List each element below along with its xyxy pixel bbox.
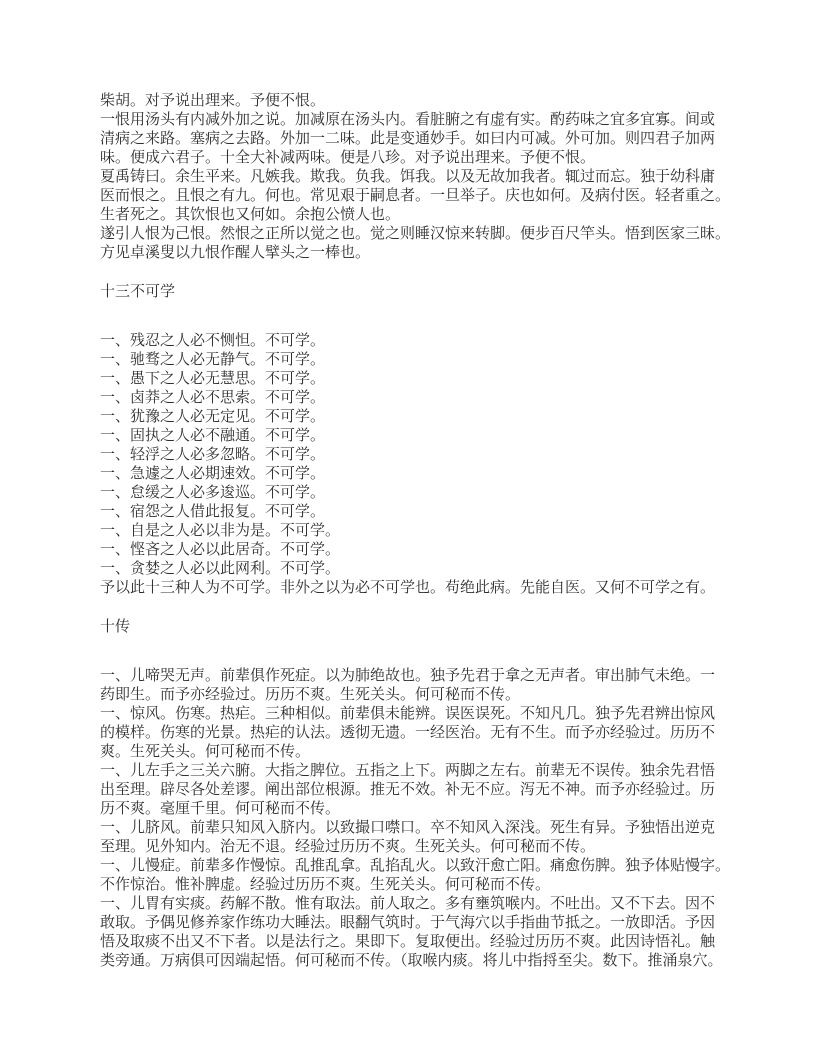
text-line: 一恨用汤头有内减外加之说。加减原在汤头内。看脏腑之有虚有实。酌药味之宜多宜寡。间… [100, 111, 726, 130]
text-line: 一、儿脐风。前辈只知风入脐内。以致撮口噤口。卒不知风入深浅。死生有异。予独悟出逆… [100, 819, 726, 838]
text-line: 出至理。辟尽各处差谬。阐出部位根源。推无不效。补无不应。泻无不神。而予亦经验过。… [100, 781, 726, 800]
document-body: 柴胡。对予说出理来。予便不恨。一恨用汤头有内减外加之说。加减原在汤头内。看脏腑之… [100, 92, 726, 971]
paragraph: 一恨用汤头有内减外加之说。加减原在汤头内。看脏腑之有虚有实。酌药味之宜多宜寡。间… [100, 111, 726, 168]
text-line: 不作惊治。惟补脾虚。经验过历历不爽。生死关头。何可秘而不传。 [100, 876, 726, 895]
list-item: 一、残忍之人必不恻怛。不可学。 [100, 332, 726, 351]
text-line: 的模样。伤寒的光景。热疟的认法。透彻无遗。一经医治。无有不生。而予亦经验过。历历… [100, 724, 726, 743]
text-line: 爽。生死关头。何可秘而不传。 [100, 743, 726, 762]
paragraph: 一、惊风。伤寒。热疟。三种相似。前辈俱未能辨。误医误死。不知凡几。独予先君辨出惊… [100, 705, 726, 762]
paragraph: 一、儿胃有实痰。药解不散。惟有取法。前人取之。多有壅筑喉内。不吐出。又不下去。因… [100, 895, 726, 971]
paragraph: 一、儿左手之三关六腑。大指之脾位。五指之上下。两脚之左右。前辈无不误传。独余先君… [100, 762, 726, 819]
list-item: 一、自是之人必以非为是。不可学。 [100, 522, 726, 541]
text-line: 生者死之。其饮恨也又何如。余抱公愤人也。 [100, 206, 726, 225]
list-item: 一、犹豫之人必无定见。不可学。 [100, 408, 726, 427]
list-item: 一、宿怨之人借此报复。不可学。 [100, 503, 726, 522]
text-line: 一、儿啼哭无声。前辈俱作死症。以为肺绝故也。独予先君于拿之无声者。审出肺气未绝。… [100, 667, 726, 686]
list-item: 一、愚下之人必无慧思。不可学。 [100, 370, 726, 389]
list-item: 一、固执之人必不融通。不可学。 [100, 427, 726, 446]
list-item: 一、怠缓之人必多逡巡。不可学。 [100, 484, 726, 503]
section-heading: 十三不可学 [100, 283, 726, 302]
text-line: 医而恨之。且恨之有九。何也。常见艰于嗣息者。一旦举子。庆也如何。及病付医。轻者重… [100, 187, 726, 206]
list-item: 一、驰骛之人必无静气。不可学。 [100, 351, 726, 370]
list-item: 一、悭吝之人必以此居奇。不可学。 [100, 541, 726, 560]
text-line: 一、惊风。伤寒。热疟。三种相似。前辈俱未能辨。误医误死。不知凡几。独予先君辨出惊… [100, 705, 726, 724]
text-line: 类旁通。万病俱可因端起悟。何可秘而不传。（取喉内痰。将儿中指捋至尖。数下。推涌泉… [100, 952, 726, 971]
paragraph: 予以此十三种人为不可学。非外之以为必不可学也。苟绝此病。先能自医。又何不可学之有… [100, 579, 726, 598]
paragraph: 一、儿啼哭无声。前辈俱作死症。以为肺绝故也。独予先君于拿之无声者。审出肺气未绝。… [100, 667, 726, 705]
text-line: 方见卓溪叟以九恨作醒人擘头之一棒也。 [100, 244, 726, 263]
text-line: 予以此十三种人为不可学。非外之以为必不可学也。苟绝此病。先能自医。又何不可学之有… [100, 579, 726, 598]
text-line: 历不爽。毫厘千里。何可秘而不传。 [100, 800, 726, 819]
text-line: 遂引人恨为己恨。然恨之正所以觉之也。觉之则睡汉惊来转脚。便步百尺竿头。悟到医家三… [100, 225, 726, 244]
text-line: 药即生。而予亦经验过。历历不爽。生死关头。何可秘而不传。 [100, 686, 726, 705]
list-item: 一、卤莽之人必不思索。不可学。 [100, 389, 726, 408]
text-line: 至理。见外知内。治无不退。经验过历历不爽。生死关头。何可秘而不传。 [100, 838, 726, 857]
paragraph: 遂引人恨为己恨。然恨之正所以觉之也。觉之则睡汉惊来转脚。便步百尺竿头。悟到医家三… [100, 225, 726, 263]
paragraph: 夏禹铸曰。余生平来。凡嫉我。欺我。负我。饵我。以及无故加我者。辄过而忘。独于幼科… [100, 168, 726, 225]
list-block: 一、残忍之人必不恻怛。不可学。一、驰骛之人必无静气。不可学。一、愚下之人必无慧思… [100, 332, 726, 579]
section-heading: 十传 [100, 618, 726, 637]
text-line: 一、儿胃有实痰。药解不散。惟有取法。前人取之。多有壅筑喉内。不吐出。又不下去。因… [100, 895, 726, 914]
list-item: 一、轻浮之人必多忽略。不可学。 [100, 446, 726, 465]
text-line: 柴胡。对予说出理来。予便不恨。 [100, 92, 726, 111]
text-line: 一、儿慢症。前辈多作慢惊。乱推乱拿。乱掐乱火。以致汗愈亡阳。痛愈伤脾。独予体贴慢… [100, 857, 726, 876]
text-line: 敢取。予偶见修养家作练功大睡法。眼翻气筑时。于气海穴以手指曲节抵之。一放即活。予… [100, 914, 726, 933]
paragraph: 柴胡。对予说出理来。予便不恨。 [100, 92, 726, 111]
list-item: 一、急遽之人必期速效。不可学。 [100, 465, 726, 484]
list-item: 一、贪婪之人必以此网利。不可学。 [100, 560, 726, 579]
document-page: 柴胡。对予说出理来。予便不恨。一恨用汤头有内减外加之说。加减原在汤头内。看脏腑之… [0, 0, 816, 1056]
text-line: 清病之来路。塞病之去路。外加一二味。此是变通妙手。如曰内可减。外可加。则四君子加… [100, 130, 726, 149]
text-line: 一、儿左手之三关六腑。大指之脾位。五指之上下。两脚之左右。前辈无不误传。独余先君… [100, 762, 726, 781]
text-line: 味。便成六君子。十全大补减两味。便是八珍。对予说出理来。予便不恨。 [100, 149, 726, 168]
paragraph: 一、儿慢症。前辈多作慢惊。乱推乱拿。乱掐乱火。以致汗愈亡阳。痛愈伤脾。独予体贴慢… [100, 857, 726, 895]
text-line: 悟及取痰不出又不下者。以是法行之。果即下。复取便出。经验过历历不爽。此因诗悟礼。… [100, 933, 726, 952]
paragraph: 一、儿脐风。前辈只知风入脐内。以致撮口噤口。卒不知风入深浅。死生有异。予独悟出逆… [100, 819, 726, 857]
text-line: 夏禹铸曰。余生平来。凡嫉我。欺我。负我。饵我。以及无故加我者。辄过而忘。独于幼科… [100, 168, 726, 187]
